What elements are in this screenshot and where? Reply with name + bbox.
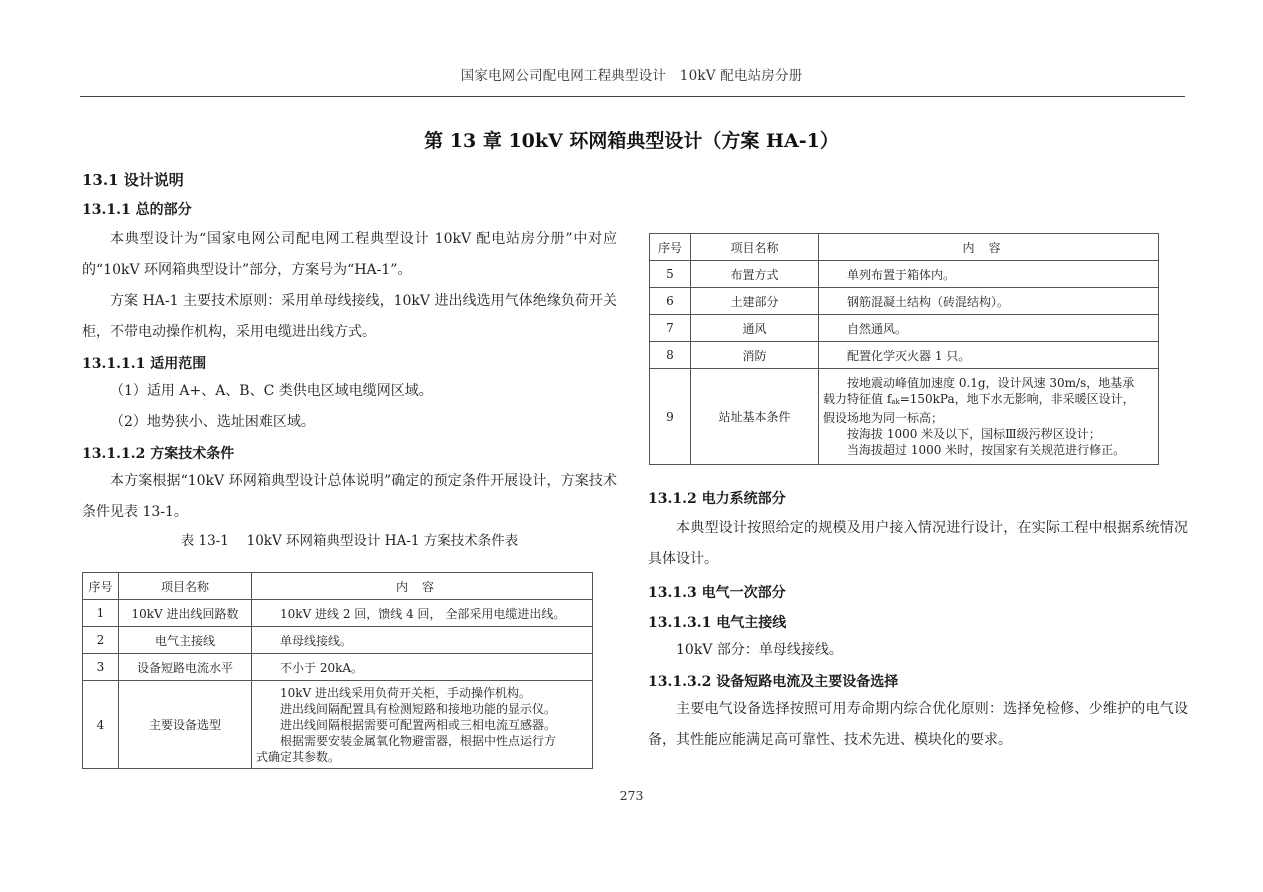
table-row: 7 通风 自然通风。 (650, 315, 1159, 342)
col-header-name: 项目名称 (691, 234, 819, 261)
left-column: 13.1 设计说明 13.1.1 总的部分 本典型设计为“国家电网公司配电网工程… (82, 168, 617, 554)
table-header-row: 序号 项目名称 内容 (83, 573, 593, 600)
col-header-no: 序号 (83, 573, 119, 600)
table-row: 8 消防 配置化学灭火器 1 只。 (650, 342, 1159, 369)
table-row: 1 10kV 进出线回路数 10kV 进线 2 回，馈线 4 回， 全部采用电缆… (83, 600, 593, 627)
chapter-title: 第 13 章 10kV 环网箱典型设计（方案 HA-1） (0, 126, 1263, 153)
section-heading-13-1-1-1: 13.1.1.1 适用范围 (82, 352, 617, 376)
section-heading-13-1-2: 13.1.2 电力系统部分 (648, 487, 1188, 511)
list-item: （1）适用 A+、A、B、C 类供电区域电缆网区域。 (82, 376, 617, 407)
paragraph-conditions: 本方案根据“10kV 环网箱典型设计总体说明”确定的预定条件开展设计，方案技术条… (82, 466, 617, 528)
table-row: 4 主要设备选型 10kV 进出线采用负荷开关柜，手动操作机构。 进出线间隔配置… (83, 681, 593, 769)
paragraph-main-wiring: 10kV 部分：单母线接线。 (648, 635, 1188, 666)
page-number: 273 (0, 788, 1263, 803)
section-heading-13-1-1-2: 13.1.1.2 方案技术条件 (82, 442, 617, 466)
paragraph-power-system: 本典型设计按照给定的规模及用户接入情况进行设计，在实际工程中根据系统情况具体设计… (648, 513, 1188, 575)
section-heading-13-1-3: 13.1.3 电气一次部分 (648, 581, 1188, 605)
header-divider (80, 96, 1185, 97)
table-row: 3 设备短路电流水平 不小于 20kA。 (83, 654, 593, 681)
table-row: 2 电气主接线 单母线接线。 (83, 627, 593, 654)
spec-table-part1: 序号 项目名称 内容 1 10kV 进出线回路数 10kV 进线 2 回，馈线 … (82, 572, 593, 769)
col-header-content: 内容 (819, 234, 1159, 261)
running-header: 国家电网公司配电网工程典型设计 10kV 配电站房分册 (0, 64, 1263, 84)
paragraph-overview: 本典型设计为“国家电网公司配电网工程典型设计 10kV 配电站房分册”中对应的“… (82, 224, 617, 286)
paragraph-equipment-selection: 主要电气设备选择按照可用寿命期内综合优化原则：选择免检修、少维护的电气设备，其性… (648, 694, 1188, 756)
right-column: 13.1.2 电力系统部分 本典型设计按照给定的规模及用户接入情况进行设计，在实… (648, 487, 1188, 756)
table-row: 6 土建部分 钢筋混凝土结构（砖混结构）。 (650, 288, 1159, 315)
paragraph-principles: 方案 HA-1 主要技术原则：采用单母线接线，10kV 进出线选用气体绝缘负荷开… (82, 286, 617, 348)
section-heading-13-1-3-1: 13.1.3.1 电气主接线 (648, 611, 1188, 635)
table-row: 9 站址基本条件 按地震动峰值加速度 0.1g，设计风速 30m/s，地基承 载… (650, 369, 1159, 465)
table-caption: 表 13-1 10kV 环网箱典型设计 HA-1 方案技术条件表 (82, 528, 617, 554)
spec-table-part2: 序号 项目名称 内容 5 布置方式 单列布置于箱体内。 6 土建部分 钢筋混凝土… (649, 233, 1159, 465)
list-item: （2）地势狭小、选址困难区域。 (82, 407, 617, 438)
section-heading-13-1-3-2: 13.1.3.2 设备短路电流及主要设备选择 (648, 670, 1188, 694)
col-header-no: 序号 (650, 234, 691, 261)
section-heading-13-1: 13.1 设计说明 (82, 168, 617, 192)
section-heading-13-1-1: 13.1.1 总的部分 (82, 198, 617, 222)
table-header-row: 序号 项目名称 内容 (650, 234, 1159, 261)
table-row: 5 布置方式 单列布置于箱体内。 (650, 261, 1159, 288)
col-header-content: 内容 (252, 573, 593, 600)
col-header-name: 项目名称 (119, 573, 252, 600)
